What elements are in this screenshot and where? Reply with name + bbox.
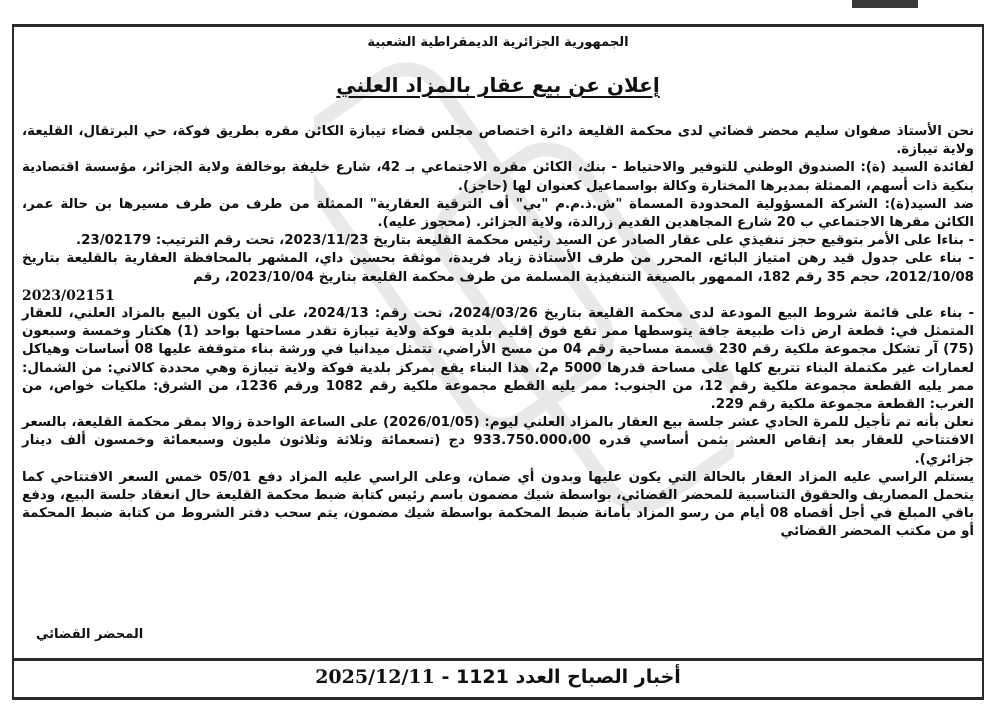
notice-body: نحن الأستاذ صفوان سليم محضر قضائي لدى مح…: [22, 123, 974, 542]
paragraph-beneficiary: لفائدة السيد (ة): الصندوق الوطني للتوفير…: [22, 159, 974, 195]
paragraph-mortgage: - بناء على جدول قيد رهن امتياز البائع، ا…: [22, 250, 974, 286]
publication-issue: أخبار الصباح العدد 1121 -: [441, 666, 680, 688]
paragraph-seizure-order: - بناءا على الأمر بتوقيع حجز تنفيذي على …: [22, 232, 974, 250]
republic-heading: الجمهورية الجزائرية الديمقراطية الشعبية: [14, 35, 982, 50]
notice-frame: الجمهورية الجزائرية الديمقراطية الشعبية …: [12, 24, 984, 660]
paragraph-property: - بناء على قائمة شروط البيع المودعة لدى …: [22, 305, 974, 414]
footer-frame: أخبار الصباح العدد 1121 - 2025/12/11: [12, 660, 984, 700]
notice-title: إعلان عن بيع عقار بالمزاد العلني: [14, 73, 982, 97]
signature: المحضر القضائي: [36, 627, 143, 642]
footer-line: أخبار الصباح العدد 1121 - 2025/12/11: [14, 666, 982, 688]
publication-date: 2025/12/11: [315, 666, 435, 688]
paragraph-defendant: ضد السيد(ة): الشركة المسؤولية المحدودة ا…: [22, 196, 974, 232]
paragraph-bailiff: نحن الأستاذ صفوان سليم محضر قضائي لدى مح…: [22, 123, 974, 159]
reference-number: 2023/02151: [22, 287, 974, 305]
page-edge-tab: [852, 0, 918, 8]
paragraph-auction-date: نعلن بأنه تم تأجيل للمرة الحادي عشر جلسة…: [22, 414, 974, 469]
paragraph-terms: يستلم الراسي عليه المزاد العقار بالحالة …: [22, 469, 974, 542]
